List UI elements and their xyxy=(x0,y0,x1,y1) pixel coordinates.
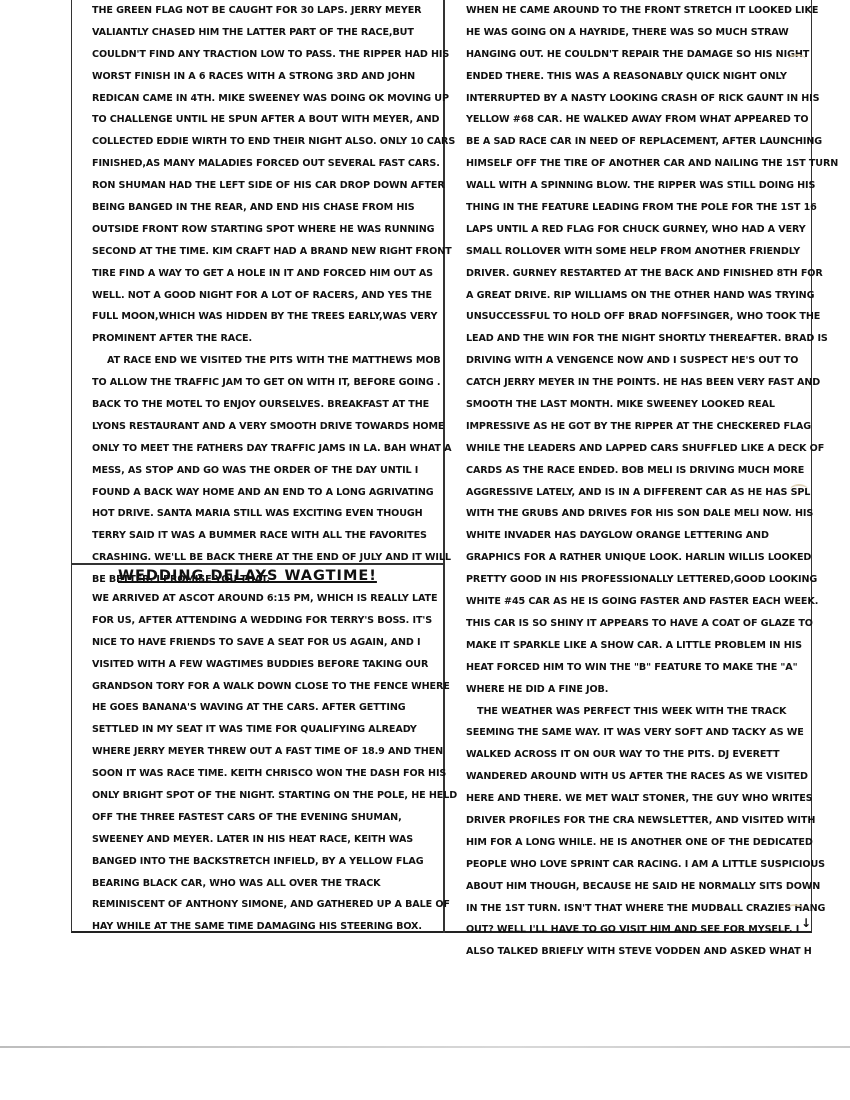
text-line: HANGING OUT. HE COULDN'T REPAIR THE DAMA… xyxy=(445,44,811,66)
text-line: ENDED THERE. THIS WAS A REASONABLY QUICK… xyxy=(445,66,811,88)
text-line: LEAD AND THE WIN FOR THE NIGHT SHORTLY T… xyxy=(445,328,811,350)
text-line: SOON IT WAS RACE TIME. KEITH CHRISCO WON… xyxy=(73,763,443,785)
text-line: VISITED WITH A FEW WAGTIMES BUDDIES BEFO… xyxy=(73,654,443,676)
text-line: SETTLED IN MY SEAT IT WAS TIME FOR QUALI… xyxy=(73,719,443,741)
text-line: WHERE HE DID A FINE JOB. xyxy=(445,679,811,701)
text-line: HE WAS GOING ON A HAYRIDE, THERE WAS SO … xyxy=(445,22,811,44)
text-line: SMALL ROLLOVER WITH SOME HELP FROM ANOTH… xyxy=(445,241,811,263)
text-line: HOT DRIVE. SANTA MARIA STILL WAS EXCITIN… xyxy=(73,503,443,525)
continued-arrow-icon: ↓ xyxy=(801,916,811,930)
text-line: BE A SAD RACE CAR IN NEED OF REPLACEMENT… xyxy=(445,131,811,153)
text-line: FINISHED,AS MANY MALADIES FORCED OUT SEV… xyxy=(73,153,443,175)
section-divider-rule xyxy=(71,563,444,565)
text-line: HAY WHILE AT THE SAME TIME DAMAGING HIS … xyxy=(73,916,443,938)
text-line: TO ALLOW THE TRAFFIC JAM TO GET ON WITH … xyxy=(73,372,443,394)
text-line: CATCH JERRY MEYER IN THE POINTS. HE HAS … xyxy=(445,372,811,394)
text-line: PRETTY GOOD IN HIS PROFESSIONALLY LETTER… xyxy=(445,569,811,591)
text-line: WANDERED AROUND WITH US AFTER THE RACES … xyxy=(445,766,811,788)
text-line: WHEN HE CAME AROUND TO THE FRONT STRETCH… xyxy=(445,0,811,22)
text-line: OFF THE THREE FASTEST CARS OF THE EVENIN… xyxy=(73,807,443,829)
text-line: VALIANTLY CHASED HIM THE LATTER PART OF … xyxy=(73,22,443,44)
text-line: AGGRESSIVE LATELY, AND IS IN A DIFFERENT… xyxy=(445,482,811,504)
text-line: FULL MOON,WHICH WAS HIDDEN BY THE TREES … xyxy=(73,306,443,328)
text-line: RON SHUMAN HAD THE LEFT SIDE OF HIS CAR … xyxy=(73,175,443,197)
text-line: HERE AND THERE. WE MET WALT STONER, THE … xyxy=(445,788,811,810)
article-headline: WEDDING DELAYS WAGTIME! xyxy=(73,566,443,588)
text-line: BACK TO THE MOTEL TO ENJOY OURSELVES. BR… xyxy=(73,394,443,416)
text-line: NICE TO HAVE FRIENDS TO SAVE A SEAT FOR … xyxy=(73,632,443,654)
paper-smudge xyxy=(790,484,808,496)
text-line: WORST FINISH IN A 6 RACES WITH A STRONG … xyxy=(73,66,443,88)
text-line: MESS, AS STOP AND GO WAS THE ORDER OF TH… xyxy=(73,460,443,482)
text-line: BEING BANGED IN THE REAR, AND END HIS CH… xyxy=(73,197,443,219)
text-line: LYONS RESTAURANT AND A VERY SMOOTH DRIVE… xyxy=(73,416,443,438)
text-line: GRANDSON TORY FOR A WALK DOWN CLOSE TO T… xyxy=(73,676,443,698)
text-line: HEAT FORCED HIM TO WIN THE "B" FEATURE T… xyxy=(445,657,811,679)
text-line: HIM FOR A LONG WHILE. HE IS ANOTHER ONE … xyxy=(445,832,811,854)
text-line: THIS CAR IS SO SHINY IT APPEARS TO HAVE … xyxy=(445,613,811,635)
text-line: WHITE #45 CAR AS HE IS GOING FASTER AND … xyxy=(445,591,811,613)
text-line: SWEENEY AND MEYER. LATER IN HIS HEAT RAC… xyxy=(73,829,443,851)
text-line: TERRY SAID IT WAS A BUMMER RACE WITH ALL… xyxy=(73,525,443,547)
text-line: DRIVER. GURNEY RESTARTED AT THE BACK AND… xyxy=(445,263,811,285)
text-line: TIRE FIND A WAY TO GET A HOLE IN IT AND … xyxy=(73,263,443,285)
text-line: COLLECTED EDDIE WIRTH TO END THEIR NIGHT… xyxy=(73,131,443,153)
text-line: INTERRUPTED BY A NASTY LOOKING CRASH OF … xyxy=(445,88,811,110)
text-line: WHILE THE LEADERS AND LAPPED CARS SHUFFL… xyxy=(445,438,811,460)
paper-smudge xyxy=(788,54,806,66)
text-line: FOUND A BACK WAY HOME AND AN END TO A LO… xyxy=(73,482,443,504)
paragraph-start-line: AT RACE END WE VISITED THE PITS WITH THE… xyxy=(73,350,443,372)
right-column-wedding-article: WHEN HE CAME AROUND TO THE FRONT STRETCH… xyxy=(445,0,811,963)
text-line: OUT? WELL I'LL HAVE TO GO VISIT HIM AND … xyxy=(445,919,811,941)
text-line: THING IN THE FEATURE LEADING FROM THE PO… xyxy=(445,197,811,219)
left-column-continued-article: THE GREEN FLAG NOT BE CAUGHT FOR 30 LAPS… xyxy=(73,0,443,591)
text-line: SECOND AT THE TIME. KIM CRAFT HAD A BRAN… xyxy=(73,241,443,263)
paragraph-start-line: THE WEATHER WAS PERFECT THIS WEEK WITH T… xyxy=(445,701,811,723)
text-line: BANGED INTO THE BACKSTRETCH INFIELD, BY … xyxy=(73,851,443,873)
text-line: WELL. NOT A GOOD NIGHT FOR A LOT OF RACE… xyxy=(73,285,443,307)
text-line: WITH THE GRUBS AND DRIVES FOR HIS SON DA… xyxy=(445,503,811,525)
text-line: WALL WITH A SPINNING BLOW. THE RIPPER WA… xyxy=(445,175,811,197)
text-line: LAPS UNTIL A RED FLAG FOR CHUCK GURNEY, … xyxy=(445,219,811,241)
text-line: WALKED ACROSS IT ON OUR WAY TO THE PITS.… xyxy=(445,744,811,766)
text-line: OUTSIDE FRONT ROW STARTING SPOT WHERE HE… xyxy=(73,219,443,241)
text-line: DRIVER PROFILES FOR THE CRA NEWSLETTER, … xyxy=(445,810,811,832)
text-line: ONLY TO MEET THE FATHERS DAY TRAFFIC JAM… xyxy=(73,438,443,460)
text-line: THE GREEN FLAG NOT BE CAUGHT FOR 30 LAPS… xyxy=(73,0,443,22)
text-line: FOR US, AFTER ATTENDING A WEDDING FOR TE… xyxy=(73,610,443,632)
text-line: COULDN'T FIND ANY TRACTION LOW TO PASS. … xyxy=(73,44,443,66)
text-line: MAKE IT SPARKLE LIKE A SHOW CAR. A LITTL… xyxy=(445,635,811,657)
text-line: A GREAT DRIVE. RIP WILLIAMS ON THE OTHER… xyxy=(445,285,811,307)
text-line: ONLY BRIGHT SPOT OF THE NIGHT. STARTING … xyxy=(73,785,443,807)
text-line: ABOUT HIM THOUGH, BECAUSE HE SAID HE NOR… xyxy=(445,876,811,898)
text-line: WHITE INVADER HAS DAYGLOW ORANGE LETTERI… xyxy=(445,525,811,547)
text-line: WHERE JERRY MEYER THREW OUT A FAST TIME … xyxy=(73,741,443,763)
text-line: ALSO TALKED BRIEFLY WITH STEVE VODDEN AN… xyxy=(445,941,811,963)
text-line: HIMSELF OFF THE TIRE OF ANOTHER CAR AND … xyxy=(445,153,811,175)
text-line: DRIVING WITH A VENGENCE NOW AND I SUSPEC… xyxy=(445,350,811,372)
paper-smudge xyxy=(786,904,804,916)
text-line: PROMINENT AFTER THE RACE. xyxy=(73,328,443,350)
text-line: IN THE 1ST TURN. ISN'T THAT WHERE THE MU… xyxy=(445,898,811,920)
text-line: WE ARRIVED AT ASCOT AROUND 6:15 PM, WHIC… xyxy=(73,588,443,610)
text-line: REMINISCENT OF ANTHONY SIMONE, AND GATHE… xyxy=(73,894,443,916)
text-line: SEEMING THE SAME WAY. IT WAS VERY SOFT A… xyxy=(445,722,811,744)
text-line: TO CHALLENGE UNTIL HE SPUN AFTER A BOUT … xyxy=(73,109,443,131)
wedding-article-left: WEDDING DELAYS WAGTIME! WE ARRIVED AT AS… xyxy=(73,566,443,938)
text-line: PEOPLE WHO LOVE SPRINT CAR RACING. I AM … xyxy=(445,854,811,876)
text-line: IMPRESSIVE AS HE GOT BY THE RIPPER AT TH… xyxy=(445,416,811,438)
text-line: HE GOES BANANA'S WAVING AT THE CARS. AFT… xyxy=(73,697,443,719)
text-line: CARDS AS THE RACE ENDED. BOB MELI IS DRI… xyxy=(445,460,811,482)
text-line: GRAPHICS FOR A RATHER UNIQUE LOOK. HARLI… xyxy=(445,547,811,569)
text-line: SMOOTH THE LAST MONTH. MIKE SWEENEY LOOK… xyxy=(445,394,811,416)
page-edge-line xyxy=(0,1046,850,1048)
text-line: BEARING BLACK CAR, WHO WAS ALL OVER THE … xyxy=(73,873,443,895)
text-line: REDICAN CAME IN 4TH. MIKE SWEENEY WAS DO… xyxy=(73,88,443,110)
text-line: YELLOW #68 CAR. HE WALKED AWAY FROM WHAT… xyxy=(445,109,811,131)
text-line: UNSUCCESSFUL TO HOLD OFF BRAD NOFFSINGER… xyxy=(445,306,811,328)
